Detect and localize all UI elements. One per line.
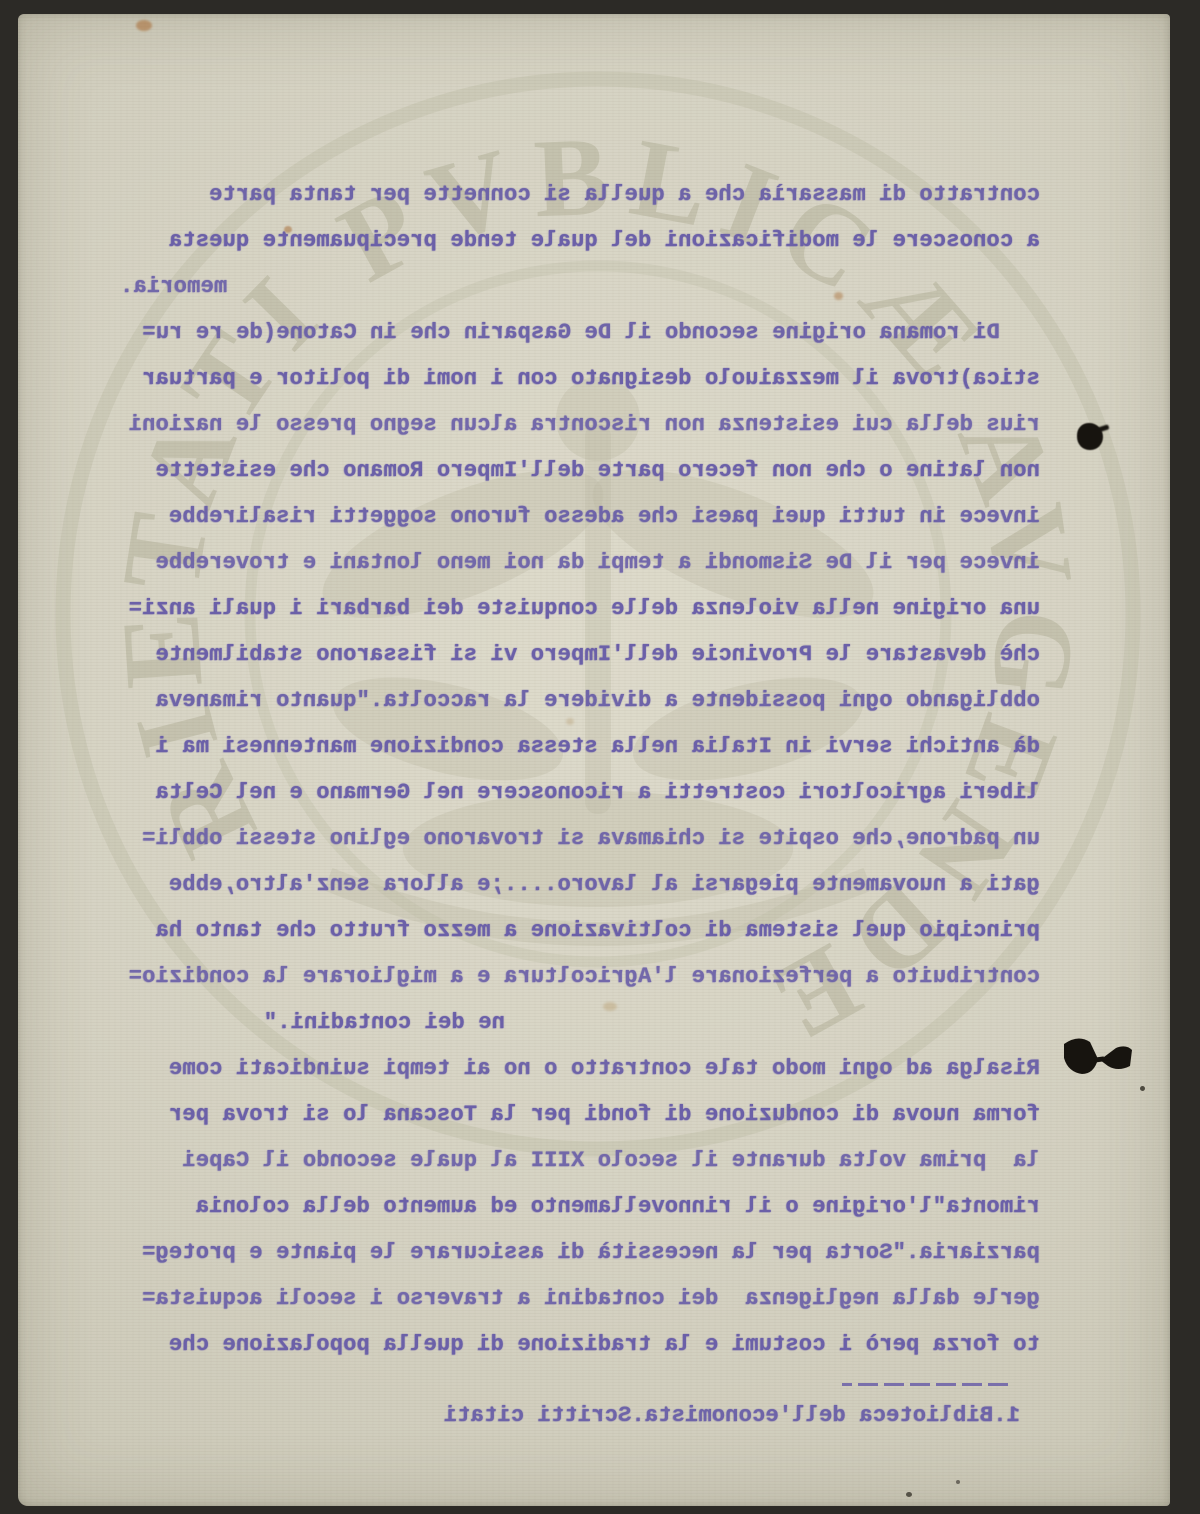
typescript-line: non latine o che non fecero parte dell'I… [120, 448, 1040, 494]
typescript-line: principio quel sistema di coltivazione a… [120, 908, 1040, 954]
dust-speck [956, 1480, 960, 1484]
typescript-line: una origine nella violenza delle conquis… [120, 586, 1040, 632]
typescript-line: la prima volta durante il secolo XIII al… [120, 1138, 1040, 1184]
paragraph-2: Di romana origine secondo il De Gasparin… [120, 310, 1040, 1046]
typescript-line: rius della cui esistenza non riscontra a… [120, 402, 1040, 448]
typescript-line: gati a nuovamente piegarsi al lavoro....… [120, 862, 1040, 908]
typescript-line: contratto di massarìa che a quella si co… [120, 172, 1040, 218]
typescript-line: invece in tutti quei paesi che adesso fu… [120, 494, 1040, 540]
typescript-line: liberi agricoltori costretti a riconosce… [120, 770, 1040, 816]
paragraph-3: Risalga ad ogni modo tale contratto o no… [120, 1046, 1040, 1368]
footnote-text: 1.Biblioteca dell'economista.Scritti cit… [120, 1393, 1020, 1439]
typescript-line: rimonta"l'origine o il rinnovellamento e… [120, 1184, 1040, 1230]
typescript-line: chè devastare le Provincie dell'Impero v… [120, 632, 1040, 678]
dust-speck [1140, 1086, 1145, 1091]
typescript-line: to forza però i costumi e la tradizione … [120, 1322, 1040, 1368]
typescript-line: dà antichi servi in Italia nella stessa … [120, 724, 1040, 770]
typescript-line: un padrone,che ospite si chiamava si tro… [120, 816, 1040, 862]
typescript-line: forma nuova di conduzione di fondi per l… [120, 1092, 1040, 1138]
typescript-line: obbligando ogni possidente a dividere la… [120, 678, 1040, 724]
typescript-line: ne dei contadini." [120, 1000, 1040, 1046]
typescript-line: memoria. [120, 264, 1040, 310]
typescript-line: Risalga ad ogni modo tale contratto o no… [120, 1046, 1040, 1092]
typescript-line: gerle dalla negligenza dei contadini a t… [120, 1276, 1040, 1322]
footnote-separator [842, 1383, 1008, 1386]
scanned-document: RIETATI PVBLICÆ AVGENDE contratto di mas… [0, 0, 1200, 1514]
ink-blot-bowtie [1060, 1032, 1144, 1080]
typescript-line: a conoscere le modificazioni del quale t… [120, 218, 1040, 264]
dust-speck [906, 1492, 912, 1497]
typescript-line: parziaria."Sorta per la necessità di ass… [120, 1230, 1040, 1276]
ink-blot-round [1077, 423, 1103, 450]
paragraph-1: contratto di massarìa che a quella si co… [120, 172, 1040, 310]
mirrored-ink-layer: contratto di massarìa che a quella si co… [18, 14, 1170, 1506]
typescript-line: invece per il De Sismondi a tempi da noi… [120, 540, 1040, 586]
typescript-line: contribuito a perfezionare l'Agricoltura… [120, 954, 1040, 1000]
paper-page: RIETATI PVBLICÆ AVGENDE contratto di mas… [18, 14, 1170, 1506]
typescript-line: stica)trova il mezzaiuolo designato con … [120, 356, 1040, 402]
typescript-body: contratto di massarìa che a quella si co… [120, 172, 1040, 1439]
typescript-line: Di romana origine secondo il De Gasparin… [120, 310, 1040, 356]
